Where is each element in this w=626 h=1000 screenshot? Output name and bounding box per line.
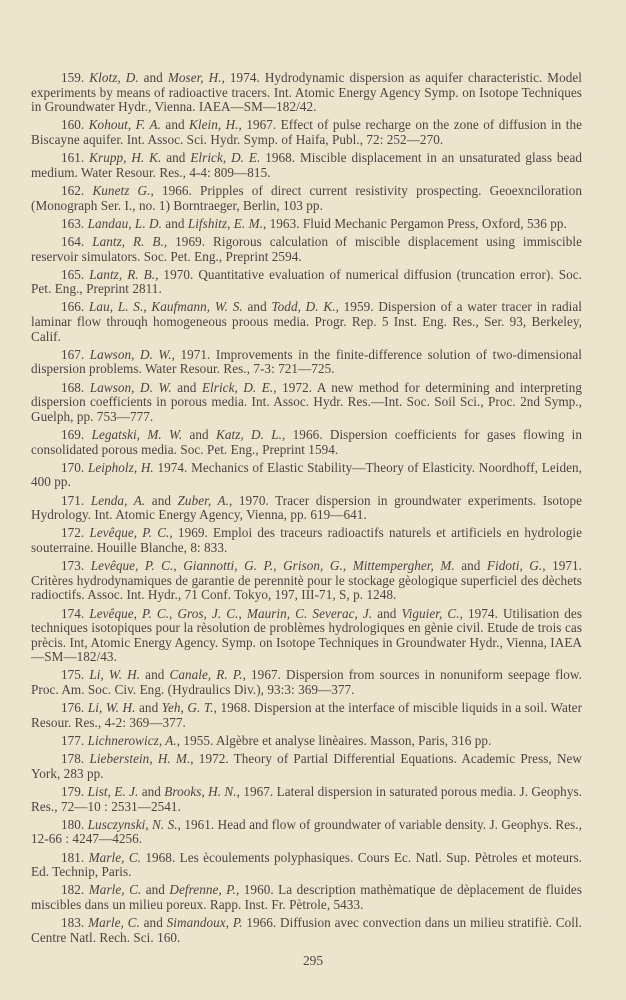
reference-entry: 176. Li, W. H. and Yeh, G. T., 1968. Dis…	[31, 701, 582, 730]
reference-author: Mittempergher, M.	[353, 558, 455, 573]
author-separator: and	[162, 216, 188, 231]
reference-author: Marle, C.	[88, 915, 140, 930]
reference-number: 181.	[61, 850, 84, 865]
author-separator: ,	[273, 558, 283, 573]
reference-author: Gros, J. C.	[177, 606, 238, 621]
reference-author: Levêque, P. C.	[89, 606, 169, 621]
reference-author: Leipholz, H.	[88, 460, 154, 475]
reference-author: Canale, R. P.	[169, 667, 242, 682]
reference-author: Levêque, P. C.	[91, 558, 174, 573]
reference-author: Kunetz G.	[92, 183, 150, 198]
reference-number: 167.	[61, 347, 84, 362]
reference-entry: 173. Levêque, P. C., Giannotti, G. P., G…	[31, 559, 582, 603]
author-separator: and	[182, 427, 216, 442]
reference-number: 172.	[61, 525, 84, 540]
reference-entry: 163. Landau, L. D. and Lifshitz, E. M., …	[31, 217, 582, 232]
reference-entry: 180. Lusczynski, N. S., 1961. Head and f…	[31, 818, 582, 847]
reference-author: Lantz, R. B.	[89, 267, 155, 282]
reference-author: Landau, L. D.	[88, 216, 162, 231]
reference-author: Kaufmann, W. S.	[151, 299, 242, 314]
reference-list: 159. Klotz, D. and Moser, H., 1974. Hydr…	[31, 71, 582, 949]
author-separator: and	[138, 784, 164, 799]
reference-entry: 182. Marle, C. and Defrenne, P., 1960. L…	[31, 883, 582, 912]
reference-author: Defrenne, P.	[169, 882, 236, 897]
author-separator: and	[145, 493, 177, 508]
reference-entry: 177. Lichnerowicz, A., 1955. Algèbre et …	[31, 734, 582, 749]
reference-author: Todd, D. K.	[271, 299, 335, 314]
page-number: 295	[0, 953, 626, 969]
author-separator: and	[141, 882, 169, 897]
reference-author: Marle, C.	[89, 882, 142, 897]
reference-number: 170.	[61, 460, 84, 475]
reference-author: Klein, H.	[189, 117, 239, 132]
reference-author: Lawson, D. W.	[90, 380, 172, 395]
reference-author: Li, W. H.	[88, 700, 136, 715]
author-separator: and	[243, 299, 272, 314]
reference-entry: 161. Krupp, H. K. and Elrick, D. E. 1968…	[31, 151, 582, 180]
reference-number: 159.	[61, 70, 84, 85]
author-separator: ,	[238, 606, 246, 621]
author-separator: and	[140, 915, 167, 930]
reference-author: Marle, C.	[89, 850, 141, 865]
reference-author: Lenda, A.	[91, 493, 145, 508]
reference-number: 161.	[61, 150, 84, 165]
reference-entry: 175. Li, W. H. and Canale, R. P., 1967. …	[31, 668, 582, 697]
reference-entry: 170. Leipholz, H. 1974. Mechanics of Ela…	[31, 461, 582, 490]
reference-author: Elrick, D. E.	[202, 380, 273, 395]
author-separator: and	[161, 117, 189, 132]
reference-author: Katz, D. L.	[216, 427, 282, 442]
reference-number: 174.	[61, 606, 84, 621]
reference-number: 173.	[61, 558, 84, 573]
reference-author: Legatski, M. W.	[92, 427, 183, 442]
author-separator: and	[139, 70, 168, 85]
reference-author: Moser, H.	[168, 70, 222, 85]
reference-number: 165.	[61, 267, 84, 282]
reference-number: 180.	[61, 817, 84, 832]
reference-author: Yeh, G. T.	[162, 700, 214, 715]
reference-author: Lichnerowicz, A.	[88, 733, 177, 748]
author-separator: and	[372, 606, 401, 621]
reference-entry: 178. Lieberstein, H. M., 1972. Theory of…	[31, 752, 582, 781]
reference-number: 176.	[61, 700, 84, 715]
reference-author: Fidoti, G.	[487, 558, 542, 573]
reference-entry: 168. Lawson, D. W. and Elrick, D. E., 19…	[31, 381, 582, 425]
reference-number: 166.	[61, 299, 84, 314]
reference-entry: 169. Legatski, M. W. and Katz, D. L., 19…	[31, 428, 582, 457]
reference-entry: 174. Levêque, P. C., Gros, J. C., Maurin…	[31, 607, 582, 665]
reference-number: 177.	[61, 733, 84, 748]
reference-author: Lifshitz, E. M.	[188, 216, 263, 231]
reference-entry: 166. Lau, L. S., Kaufmann, W. S. and Tod…	[31, 300, 582, 344]
author-separator: and	[135, 700, 161, 715]
reference-entry: 165. Lantz, R. B., 1970. Quantitative ev…	[31, 268, 582, 297]
reference-author: Grison, G.	[283, 558, 343, 573]
reference-entry: 162. Kunetz G., 1966. Pripples of direct…	[31, 184, 582, 213]
reference-number: 168.	[61, 380, 84, 395]
reference-author: Maurin, C. Severac, J.	[247, 606, 372, 621]
reference-entry: 160. Kohout, F. A. and Klein, H., 1967. …	[31, 118, 582, 147]
reference-author: Viguier, C.	[402, 606, 460, 621]
reference-body: , 1963. Fluid Mechanic Pergamon Press, O…	[263, 216, 567, 231]
author-separator: ,	[343, 558, 353, 573]
author-separator: and	[161, 150, 190, 165]
reference-number: 171.	[61, 493, 84, 508]
reference-author: Levêque, P. C.	[89, 525, 169, 540]
author-separator: and	[172, 380, 202, 395]
reference-number: 162.	[61, 183, 84, 198]
reference-author: Giannotti, G. P.	[183, 558, 273, 573]
reference-number: 179.	[61, 784, 84, 799]
author-separator: and	[140, 667, 169, 682]
author-separator: ,	[173, 558, 183, 573]
reference-entry: 183. Marle, C. and Simandoux, P. 1966. D…	[31, 916, 582, 945]
reference-author: Lieberstein, H. M.	[89, 751, 190, 766]
reference-body: , 1955. Algèbre et analyse linèaires. Ma…	[177, 733, 492, 748]
reference-author: Klotz, D.	[89, 70, 138, 85]
reference-entry: 171. Lenda, A. and Zuber, A., 1970. Trac…	[31, 494, 582, 523]
reference-author: Li, W. H.	[89, 667, 140, 682]
reference-author: Brooks, H. N.	[164, 784, 236, 799]
reference-author: Lantz, R. B.	[92, 234, 164, 249]
reference-author: Kohout, F. A.	[89, 117, 161, 132]
reference-author: Lusczynski, N. S.	[88, 817, 178, 832]
reference-number: 175.	[61, 667, 84, 682]
reference-number: 183.	[61, 915, 84, 930]
reference-number: 164.	[61, 234, 84, 249]
reference-number: 169.	[61, 427, 84, 442]
author-separator: and	[455, 558, 487, 573]
reference-entry: 164. Lantz, R. B., 1969. Rigorous calcul…	[31, 235, 582, 264]
reference-author: Simandoux, P.	[167, 915, 243, 930]
reference-author: Krupp, H. K.	[89, 150, 161, 165]
reference-entry: 172. Levêque, P. C., 1969. Emploi des tr…	[31, 526, 582, 555]
reference-author: Elrick, D. E.	[190, 150, 260, 165]
reference-number: 182.	[61, 882, 84, 897]
reference-author: Zuber, A.	[178, 493, 229, 508]
reference-number: 178.	[61, 751, 84, 766]
reference-entry: 179. List, E. J. and Brooks, H. N., 1967…	[31, 785, 582, 814]
reference-author: Lawson, D. W.	[90, 347, 172, 362]
reference-entry: 159. Klotz, D. and Moser, H., 1974. Hydr…	[31, 71, 582, 115]
reference-entry: 181. Marle, C. 1968. Les ècoulements pol…	[31, 851, 582, 880]
reference-number: 163.	[61, 216, 84, 231]
reference-author: List, E. J.	[88, 784, 139, 799]
reference-entry: 167. Lawson, D. W., 1971. Improvements i…	[31, 348, 582, 377]
reference-number: 160.	[61, 117, 84, 132]
reference-author: Lau, L. S.	[89, 299, 143, 314]
